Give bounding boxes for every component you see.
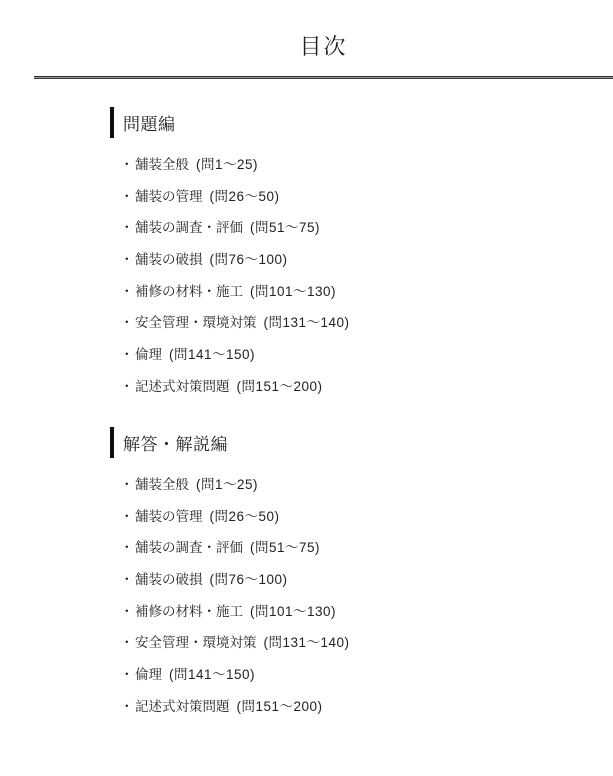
toc-item: ・記述式対策問題(問151〜200): [120, 379, 350, 394]
toc-item: ・記述式対策問題(問151〜200): [120, 699, 350, 714]
toc-item-range: (問141〜150): [169, 667, 255, 682]
toc-page: 目次 問題編 ・舗装全般(問1〜25) ・舗装の管理(問26〜50) ・舗装の調…: [0, 0, 613, 776]
toc-item-label: 補修の材料・施工: [135, 604, 243, 619]
toc-item-label: 記述式対策問題: [135, 699, 230, 714]
toc-item-label: 舗装の調査・評価: [135, 540, 243, 555]
toc-item: ・舗装の破損(問76〜100): [120, 572, 350, 587]
toc-item-label: 舗装の破損: [135, 572, 203, 587]
toc-item: ・補修の材料・施工(問101〜130): [120, 604, 350, 619]
toc-item-range: (問76〜100): [210, 572, 288, 587]
toc-item: ・舗装の破損(問76〜100): [120, 252, 350, 267]
bullet-icon: ・: [120, 252, 133, 267]
toc-item-label: 補修の材料・施工: [135, 284, 243, 299]
toc-item-range: (問51〜75): [250, 220, 320, 235]
toc-item: ・舗装全般(問1〜25): [120, 157, 350, 172]
toc-item: ・舗装の管理(問26〜50): [120, 509, 350, 524]
toc-item: ・舗装全般(問1〜25): [120, 477, 350, 492]
toc-item-range: (問131〜140): [264, 315, 350, 330]
section-heading-answers: 解答・解説編: [110, 427, 228, 458]
section-marker-bar: [110, 427, 114, 458]
toc-item: ・舗装の調査・評価(問51〜75): [120, 220, 350, 235]
toc-list-questions: ・舗装全般(問1〜25) ・舗装の管理(問26〜50) ・舗装の調査・評価(問5…: [120, 157, 350, 411]
bullet-icon: ・: [120, 189, 133, 204]
toc-item-range: (問76〜100): [210, 252, 288, 267]
bullet-icon: ・: [120, 540, 133, 555]
toc-item-label: 安全管理・環境対策: [135, 635, 257, 650]
section-heading-questions: 問題編: [110, 107, 176, 138]
toc-item-range: (問141〜150): [169, 347, 255, 362]
title-divider: [34, 76, 613, 79]
toc-item-label: 舗装全般: [135, 157, 189, 172]
toc-item-label: 舗装の破損: [135, 252, 203, 267]
bullet-icon: ・: [120, 220, 133, 235]
toc-item: ・倫理(問141〜150): [120, 347, 350, 362]
toc-item-range: (問101〜130): [250, 604, 336, 619]
toc-item-range: (問51〜75): [250, 540, 320, 555]
section-title: 問題編: [123, 110, 176, 135]
toc-item-range: (問101〜130): [250, 284, 336, 299]
toc-item-range: (問26〜50): [210, 189, 280, 204]
toc-item: ・補修の材料・施工(問101〜130): [120, 284, 350, 299]
bullet-icon: ・: [120, 157, 133, 172]
toc-item-range: (問26〜50): [210, 509, 280, 524]
toc-item-label: 舗装の管理: [135, 189, 203, 204]
toc-item-range: (問131〜140): [264, 635, 350, 650]
bullet-icon: ・: [120, 477, 133, 492]
toc-item-label: 記述式対策問題: [135, 379, 230, 394]
bullet-icon: ・: [120, 509, 133, 524]
toc-item-label: 倫理: [135, 347, 162, 362]
toc-item-range: (問151〜200): [237, 379, 323, 394]
toc-item-range: (問151〜200): [237, 699, 323, 714]
toc-item: ・舗装の調査・評価(問51〜75): [120, 540, 350, 555]
toc-item-label: 安全管理・環境対策: [135, 315, 257, 330]
toc-item-label: 倫理: [135, 667, 162, 682]
toc-item: ・倫理(問141〜150): [120, 667, 350, 682]
toc-item-label: 舗装の調査・評価: [135, 220, 243, 235]
toc-item-label: 舗装全般: [135, 477, 189, 492]
toc-item: ・安全管理・環境対策(問131〜140): [120, 315, 350, 330]
toc-item-range: (問1〜25): [196, 157, 258, 172]
bullet-icon: ・: [120, 604, 133, 619]
toc-item: ・安全管理・環境対策(問131〜140): [120, 635, 350, 650]
toc-item-label: 舗装の管理: [135, 509, 203, 524]
section-marker-bar: [110, 107, 114, 138]
toc-item: ・舗装の管理(問26〜50): [120, 189, 350, 204]
toc-item-range: (問1〜25): [196, 477, 258, 492]
bullet-icon: ・: [120, 315, 133, 330]
section-title: 解答・解説編: [123, 430, 228, 455]
page-title: 目次: [34, 30, 613, 61]
bullet-icon: ・: [120, 572, 133, 587]
bullet-icon: ・: [120, 379, 133, 394]
toc-list-answers: ・舗装全般(問1〜25) ・舗装の管理(問26〜50) ・舗装の調査・評価(問5…: [120, 477, 350, 731]
bullet-icon: ・: [120, 635, 133, 650]
bullet-icon: ・: [120, 284, 133, 299]
bullet-icon: ・: [120, 699, 133, 714]
bullet-icon: ・: [120, 347, 133, 362]
bullet-icon: ・: [120, 667, 133, 682]
